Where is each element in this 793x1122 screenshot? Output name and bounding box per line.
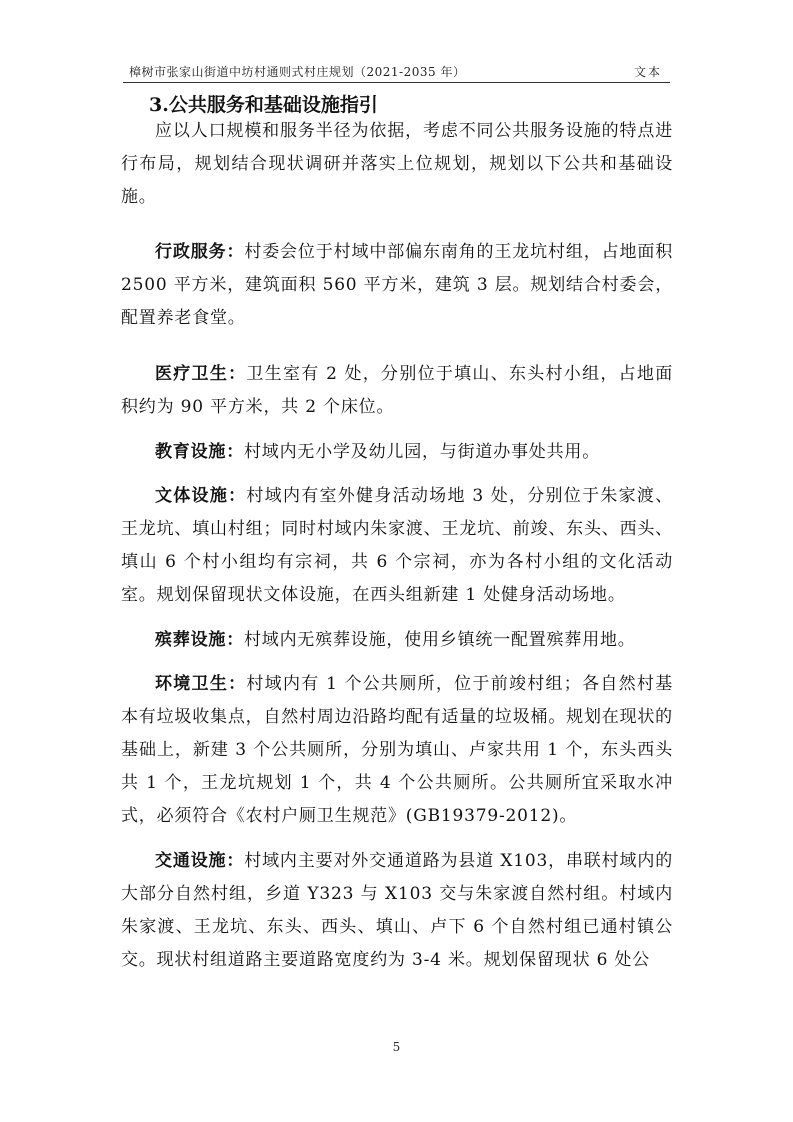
- page-number: 5: [0, 1040, 793, 1054]
- paragraph-label: 文体设施：: [155, 486, 246, 506]
- paragraph-funeral: 殡葬设施：村域内无殡葬设施，使用乡镇统一配置殡葬用地。: [121, 624, 673, 657]
- paragraph-intro: 应以人口规模和服务半径为依据，考虑不同公共服务设施的特点进行布局，规划结合现状调…: [121, 115, 673, 214]
- paragraph-label: 环境卫生：: [155, 674, 246, 694]
- paragraph-text: 应以人口规模和服务半径为依据，考虑不同公共服务设施的特点进行布局，规划结合现状调…: [121, 121, 673, 207]
- paragraph-administrative: 行政服务：村委会位于村域中部偏东南角的王龙坑村组，占地面积 2500 平方米，建…: [121, 236, 673, 335]
- paragraph-label: 教育设施：: [155, 442, 244, 462]
- paragraph-transport: 交通设施：村域内主要对外交通道路为县道 X103，串联村域内的大部分自然村组，乡…: [121, 845, 673, 977]
- paragraph-culture-sports: 文体设施：村域内有室外健身活动场地 3 处，分别位于朱家渡、王龙坑、填山村组；同…: [121, 480, 673, 612]
- paragraph-text: 村域内有 1 个公共厕所，位于前竣村组；各自然村基本有垃圾收集点，自然村周边沿路…: [121, 674, 673, 826]
- paragraph-text: 村域内无殡葬设施，使用乡镇统一配置殡葬用地。: [244, 630, 636, 650]
- paragraph-education: 教育设施：村域内无小学及幼儿园，与街道办事处共用。: [121, 436, 673, 469]
- document-title: 樟树市张家山街道中坊村通则式村庄规划（2021-2035 年）: [129, 63, 465, 81]
- paragraph-label: 殡葬设施：: [155, 630, 244, 650]
- paragraph-label: 行政服务：: [155, 242, 244, 262]
- paragraph-medical: 医疗卫生：卫生室有 2 处，分别位于填山、东头村小组，占地面积约为 90 平方米…: [121, 358, 673, 424]
- paragraph-label: 交通设施：: [155, 851, 244, 871]
- document-type-label: 文本: [634, 63, 662, 81]
- page-header: 樟树市张家山街道中坊村通则式村庄规划（2021-2035 年） 文本: [123, 62, 670, 83]
- paragraph-label: 医疗卫生：: [155, 364, 246, 384]
- paragraph-text: 村域内无小学及幼儿园，与街道办事处共用。: [244, 442, 600, 462]
- paragraph-sanitation: 环境卫生：村域内有 1 个公共厕所，位于前竣村组；各自然村基本有垃圾收集点，自然…: [121, 668, 673, 833]
